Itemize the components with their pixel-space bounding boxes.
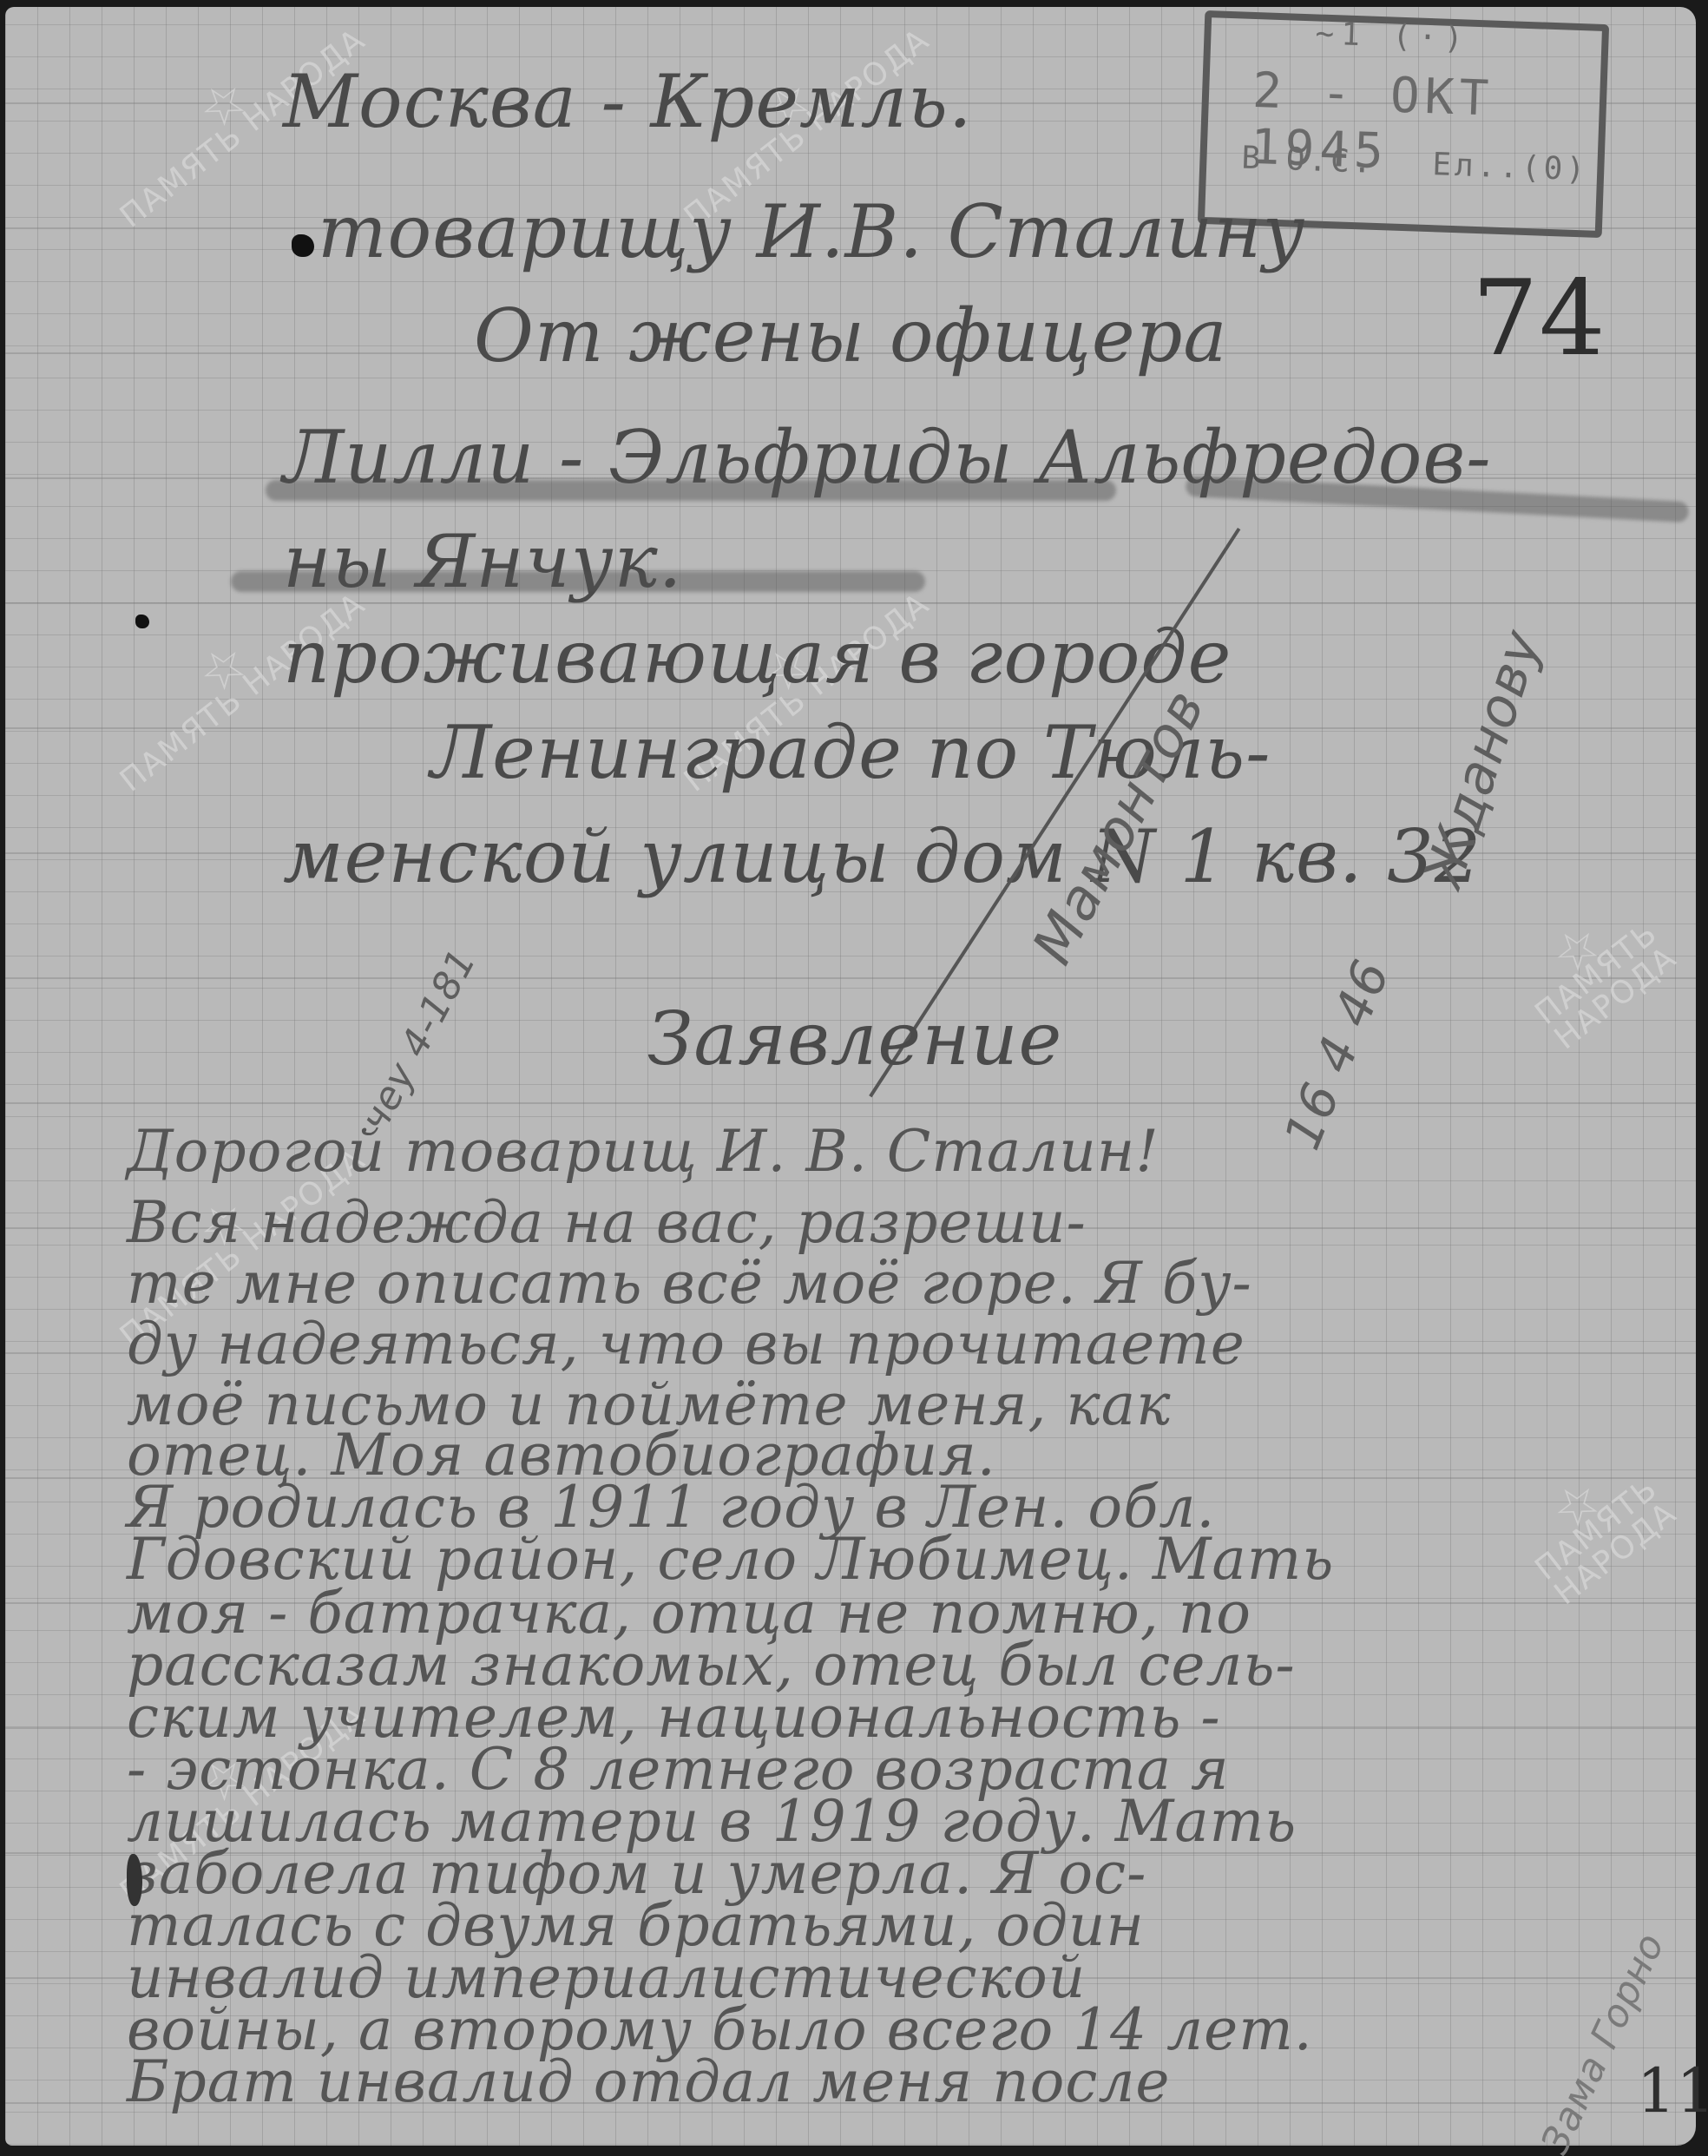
ink-blot bbox=[135, 615, 149, 628]
header-line: товарищу И.В. Сталину bbox=[318, 189, 1305, 274]
date-note: 16 4 46 bbox=[1272, 951, 1402, 1157]
header-line: Москва - Кремль. bbox=[283, 59, 973, 144]
body-line: Дорогой товарищ И. В. Сталин! bbox=[127, 1118, 1159, 1185]
body-line: те мне описать всё моё горе. Я бу- bbox=[127, 1250, 1252, 1317]
stamp-code-left: В О.С. bbox=[1241, 141, 1376, 181]
corner-mark: 11 bbox=[1637, 2055, 1708, 2126]
ink-blot bbox=[292, 234, 314, 257]
left-pencil-note: чеу 4-181 bbox=[352, 942, 485, 1139]
archive-watermark: ☆ПАМЯТЬ НАРОДА bbox=[1490, 1431, 1704, 1627]
stamp-code-right: Ел..(0) bbox=[1432, 147, 1589, 187]
header-line: От жены офицера bbox=[474, 293, 1227, 378]
archive-watermark: ☆ПАМЯТЬ НАРОДА bbox=[1490, 876, 1704, 1071]
signature-right: Жданову bbox=[1411, 622, 1554, 895]
body-line: Вся надежда на вас, разреши- bbox=[127, 1189, 1087, 1256]
letter-page: ☆ПАМЯТЬ НАРОДА ☆ПАМЯТЬ НАРОДА ☆ПАМЯТЬ НА… bbox=[5, 7, 1696, 2146]
underline-mark bbox=[231, 571, 925, 592]
underline-mark bbox=[266, 480, 1116, 501]
stamp-top-text: ~1 (·) bbox=[1315, 16, 1470, 56]
body-line: Брат инвалид отдал меня после bbox=[127, 2048, 1170, 2115]
document-title: Заявление bbox=[647, 996, 1062, 1081]
page-number: 74 bbox=[1472, 259, 1606, 379]
header-line: менской улицы дом N 1 кв. 32 bbox=[283, 814, 1481, 899]
body-line: ду надеяться, что вы прочитаете bbox=[127, 1311, 1245, 1377]
header-line: проживающая в городе bbox=[283, 615, 1232, 700]
